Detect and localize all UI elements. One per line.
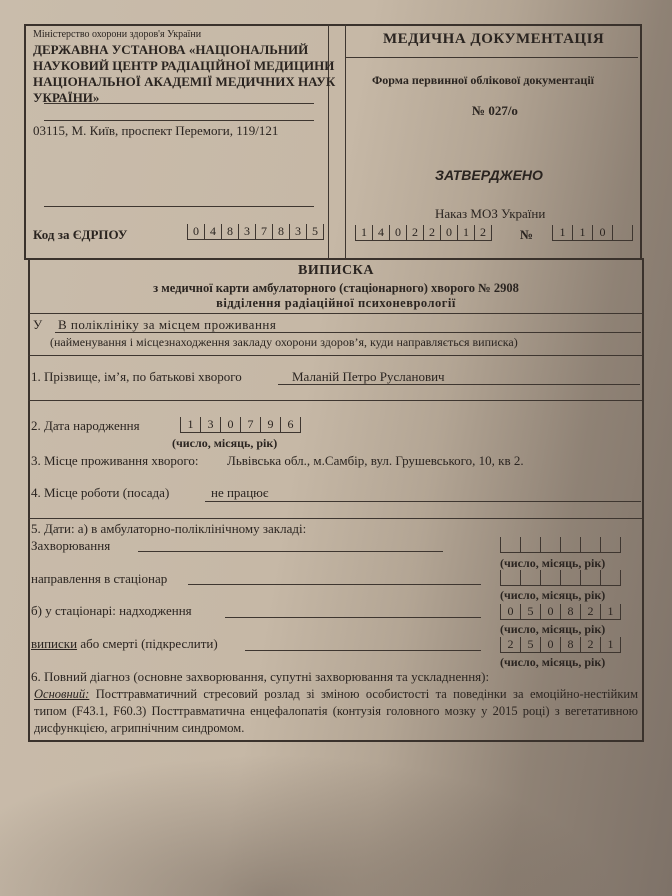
work-underline [205, 501, 641, 502]
digit-cell [500, 537, 520, 553]
diagnosis-text: Основний: Посттравматичний стресовий роз… [34, 686, 638, 737]
order-number-boxes: 110 [552, 225, 633, 241]
document-subtitle: з медичної карти амбулаторного (стаціона… [0, 282, 672, 295]
admission-date-label: б) у стаціонарі: надходження [31, 604, 192, 617]
ministry-name: Міністерство охорони здоров'я України [33, 30, 201, 40]
digit-cell: 2 [406, 225, 423, 241]
digit-cell [560, 537, 580, 553]
digit-cell: 0 [220, 417, 240, 433]
digit-cell: 8 [560, 604, 580, 620]
digit-cell [600, 570, 621, 586]
digit-cell: 0 [187, 224, 204, 240]
medical-discharge-form: Міністерство охорони здоров'я України ДЕ… [0, 0, 672, 896]
discharge-underline [245, 650, 481, 651]
illness-date-label: Захворювання [31, 539, 110, 552]
digit-cell: 3 [200, 417, 220, 433]
discharge-underlined-word: виписки [31, 636, 77, 651]
digit-cell: 7 [240, 417, 260, 433]
title-underline [345, 57, 638, 58]
digit-cell: 5 [520, 604, 540, 620]
referral-date-label: направлення в стаціонар [31, 572, 167, 585]
digit-cell: 8 [560, 637, 580, 653]
digit-cell [580, 537, 600, 553]
header-divider-inner [345, 24, 346, 258]
admission-date-hint: (число, місяць, рік) [500, 623, 605, 635]
blank-line [44, 206, 314, 207]
digit-cell: 8 [272, 224, 289, 240]
digit-cell: 1 [600, 637, 621, 653]
edrpou-label: Код за ЄДРПОУ [33, 228, 127, 241]
address-overline [44, 120, 314, 121]
institution-line-1: ДЕРЖАВНА УСТАНОВА «НАЦІОНАЛЬНИЙ [33, 43, 308, 56]
title-separator [28, 313, 642, 314]
main-diagnosis-value: Посттравматичний стресовий розлад зі змі… [34, 687, 638, 735]
digit-cell [612, 225, 633, 241]
destination-value[interactable]: В поліклініку за місцем проживання [58, 318, 276, 331]
medical-documentation-title: МЕДИЧНА ДОКУМЕНТАЦІЯ [383, 32, 604, 47]
digit-cell: 1 [355, 225, 372, 241]
digit-cell [600, 537, 621, 553]
residence-value[interactable]: Львівська обл., м.Самбір, вул. Грушевськ… [227, 454, 524, 467]
digit-cell: 1 [552, 225, 572, 241]
separator [28, 400, 642, 401]
digit-cell: 8 [221, 224, 238, 240]
referral-date-boxes[interactable] [500, 570, 621, 586]
digit-cell: 0 [389, 225, 406, 241]
digit-cell [540, 570, 560, 586]
digit-cell: 0 [540, 604, 560, 620]
destination-underline [55, 332, 641, 333]
digit-cell [520, 570, 540, 586]
digit-cell: 1 [180, 417, 200, 433]
document-title: ВИПИСКА [0, 264, 672, 278]
dates-heading: 5. Дати: а) в амбулаторно-поліклінічному… [31, 522, 306, 535]
digit-cell: 2 [474, 225, 492, 241]
admission-date-boxes[interactable]: 050821 [500, 604, 621, 620]
patient-name-label: 1. Прізвище, ім’я, по батькові хворого [31, 370, 242, 383]
illness-date-hint: (число, місяць, рік) [500, 557, 605, 569]
referral-underline [188, 584, 481, 585]
digit-cell: 4 [204, 224, 221, 240]
digit-cell: 0 [540, 637, 560, 653]
digit-cell [580, 570, 600, 586]
discharge-date-label: виписки або смерті (підкреслити) [31, 637, 218, 650]
admission-underline [225, 617, 481, 618]
birth-date-hint: (число, місяць, рік) [172, 437, 277, 449]
workplace-value[interactable]: не працює [211, 486, 268, 499]
digit-cell: 9 [260, 417, 280, 433]
digit-cell: 5 [520, 637, 540, 653]
digit-cell [500, 570, 520, 586]
illness-date-boxes[interactable] [500, 537, 621, 553]
order-date-boxes: 14022012 [355, 225, 492, 241]
form-caption: Форма первинної облікової документації [372, 74, 594, 86]
digit-cell: 3 [289, 224, 306, 240]
destination-hint: (найменування і місцезнаходження закладу… [50, 336, 518, 348]
digit-cell: 2 [423, 225, 440, 241]
discharge-date-hint: (число, місяць, рік) [500, 656, 605, 668]
digit-cell: 0 [440, 225, 457, 241]
birth-date-label: 2. Дата народження [31, 419, 140, 432]
order-caption: Наказ МОЗ України [435, 207, 545, 220]
illness-underline [138, 551, 443, 552]
separator [28, 355, 642, 356]
digit-cell: 2 [580, 637, 600, 653]
digit-cell: 1 [457, 225, 474, 241]
destination-prefix: У [33, 318, 42, 331]
digit-cell: 0 [592, 225, 612, 241]
digit-cell [540, 537, 560, 553]
workplace-label: 4. Місце роботи (посада) [31, 486, 169, 499]
digit-cell: 6 [280, 417, 301, 433]
referral-date-hint: (число, місяць, рік) [500, 589, 605, 601]
institution-line-3: НАЦІОНАЛЬНОЇ АКАДЕМІЇ МЕДИЧНИХ НАУК [33, 75, 335, 88]
institution-underline [44, 103, 314, 104]
digit-cell: 7 [255, 224, 272, 240]
separator [28, 518, 642, 519]
digit-cell: 5 [306, 224, 324, 240]
residence-label: 3. Місце проживання хворого: [31, 454, 199, 467]
digit-cell: 0 [500, 604, 520, 620]
digit-cell: 1 [572, 225, 592, 241]
order-number-sign: № [520, 228, 533, 241]
digit-cell [560, 570, 580, 586]
form-number: № 027/о [472, 104, 518, 117]
birth-date-boxes[interactable]: 130796 [180, 417, 301, 433]
institution-line-2: НАУКОВИЙ ЦЕНТР РАДІАЦІЙНОЇ МЕДИЦИНИ [33, 59, 334, 72]
edrpou-code-boxes: 04837835 [187, 224, 324, 240]
discharge-label-rest: або смерті (підкреслити) [77, 636, 218, 651]
main-diagnosis-label: Основний: [34, 687, 89, 701]
digit-cell: 2 [580, 604, 600, 620]
digit-cell: 1 [600, 604, 621, 620]
digit-cell [520, 537, 540, 553]
digit-cell: 3 [238, 224, 255, 240]
digit-cell: 2 [500, 637, 520, 653]
name-underline [278, 384, 640, 385]
institution-address: 03115, М. Київ, проспект Перемоги, 119/1… [33, 124, 278, 137]
digit-cell: 4 [372, 225, 389, 241]
department-name: відділення радіаційної психоневрології [0, 297, 672, 310]
patient-name-value[interactable]: Маланій Петро Русланович [292, 370, 445, 383]
discharge-date-boxes[interactable]: 250821 [500, 637, 621, 653]
diagnosis-heading: 6. Повний діагноз (основне захворювання,… [31, 670, 489, 683]
approved-stamp: ЗАТВЕРДЖЕНО [435, 168, 543, 182]
